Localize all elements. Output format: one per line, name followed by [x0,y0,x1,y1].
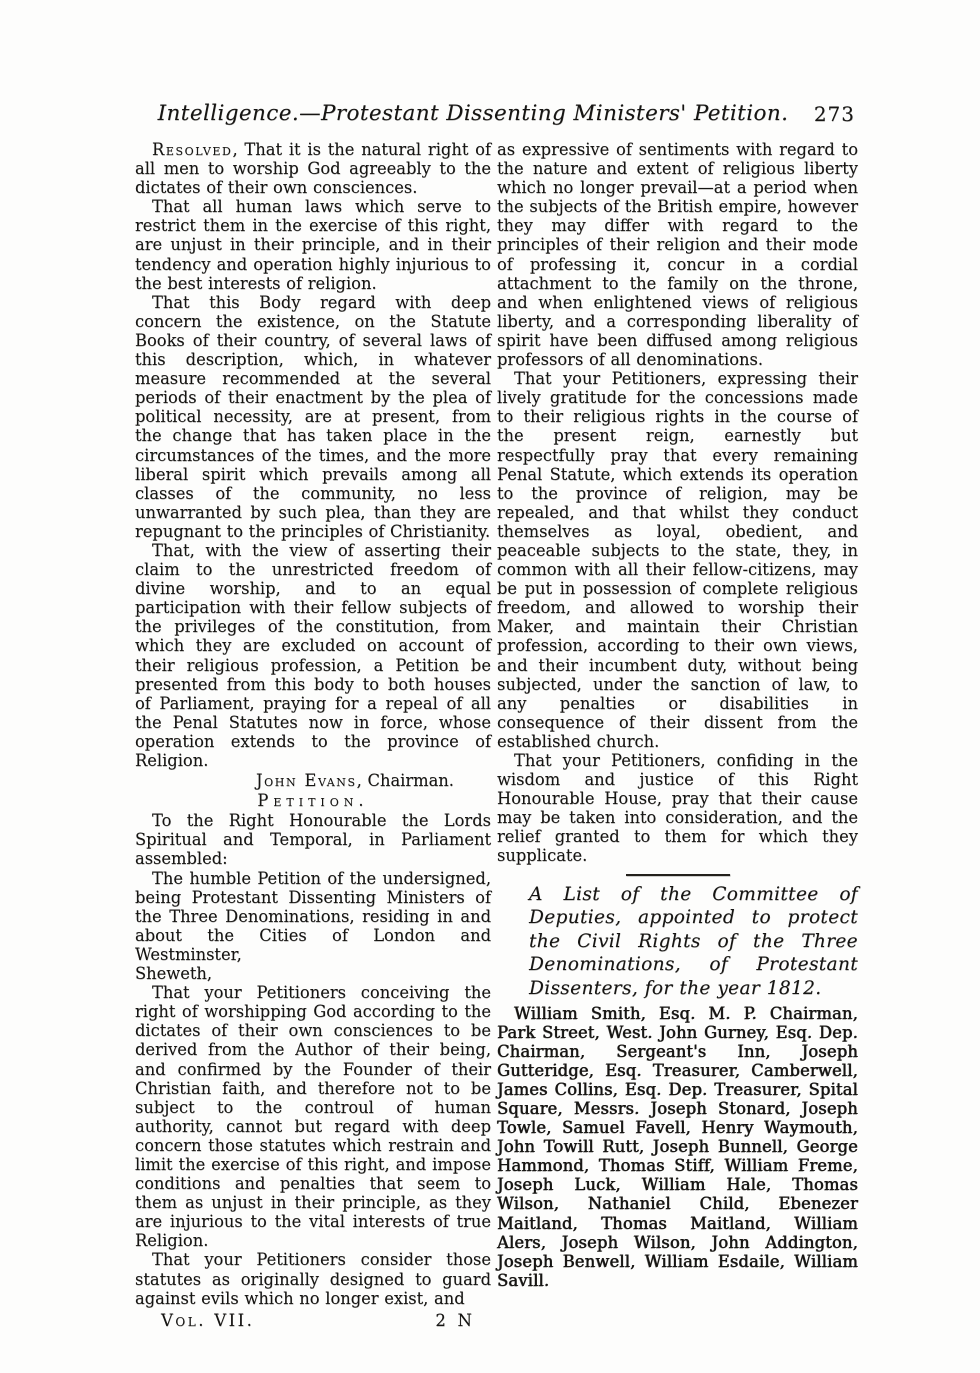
resolution-paragraph: Resolved, That it is the natural right o… [135,140,491,197]
petition-preamble: The humble Petition of the undersigned, … [135,869,491,964]
petition-paragraph-continued: as expressive of sentiments with regard … [497,140,858,369]
running-title: Intelligence.—Protestant Dissenting Mini… [135,101,857,126]
resolved-lead-word: Resolved [152,140,232,159]
page-number: 273 [814,102,855,126]
committee-list: William Smith, Esq. M. P. Chairman, Park… [497,1004,858,1290]
committee-heading: A List of the Committee of Deputies, app… [497,883,858,1001]
scanned-page: Intelligence.—Protestant Dissenting Mini… [0,0,980,1373]
left-column: Resolved, That it is the natural right o… [135,140,491,1330]
chairman-name: John Evans [256,771,357,790]
resolution-paragraph: That this Body regard with deep concern … [135,293,491,541]
sheweth-line: Sheweth, [135,964,491,983]
resolution-paragraph: That, with the view of asserting their c… [135,541,491,770]
volume-label: Vol. VII. [161,1311,254,1330]
chairman-title: , Chairman. [357,771,454,790]
right-column: as expressive of sentiments with regard … [497,140,858,1290]
chairman-signature: John Evans, Chairman. [135,771,491,790]
petition-address: To the Right Honourable the Lords Spirit… [135,811,491,868]
page-header: Intelligence.—Protestant Dissenting Mini… [135,101,857,131]
petition-paragraph: That your Petitioners consider those sta… [135,1250,491,1307]
petition-heading: Petition. [135,791,491,810]
resolution-paragraph: That all human laws which serve to restr… [135,197,491,292]
signature-mark: 2 N [435,1311,475,1330]
volume-footer: Vol. VII. 2 N [135,1308,491,1330]
petition-paragraph: That your Petitioners conceiving the rig… [135,983,491,1250]
section-divider-rule [626,874,730,876]
petition-paragraph: That your Petitioners, expressing their … [497,369,858,751]
petition-paragraph: That your Petitioners, confiding in the … [497,751,858,866]
